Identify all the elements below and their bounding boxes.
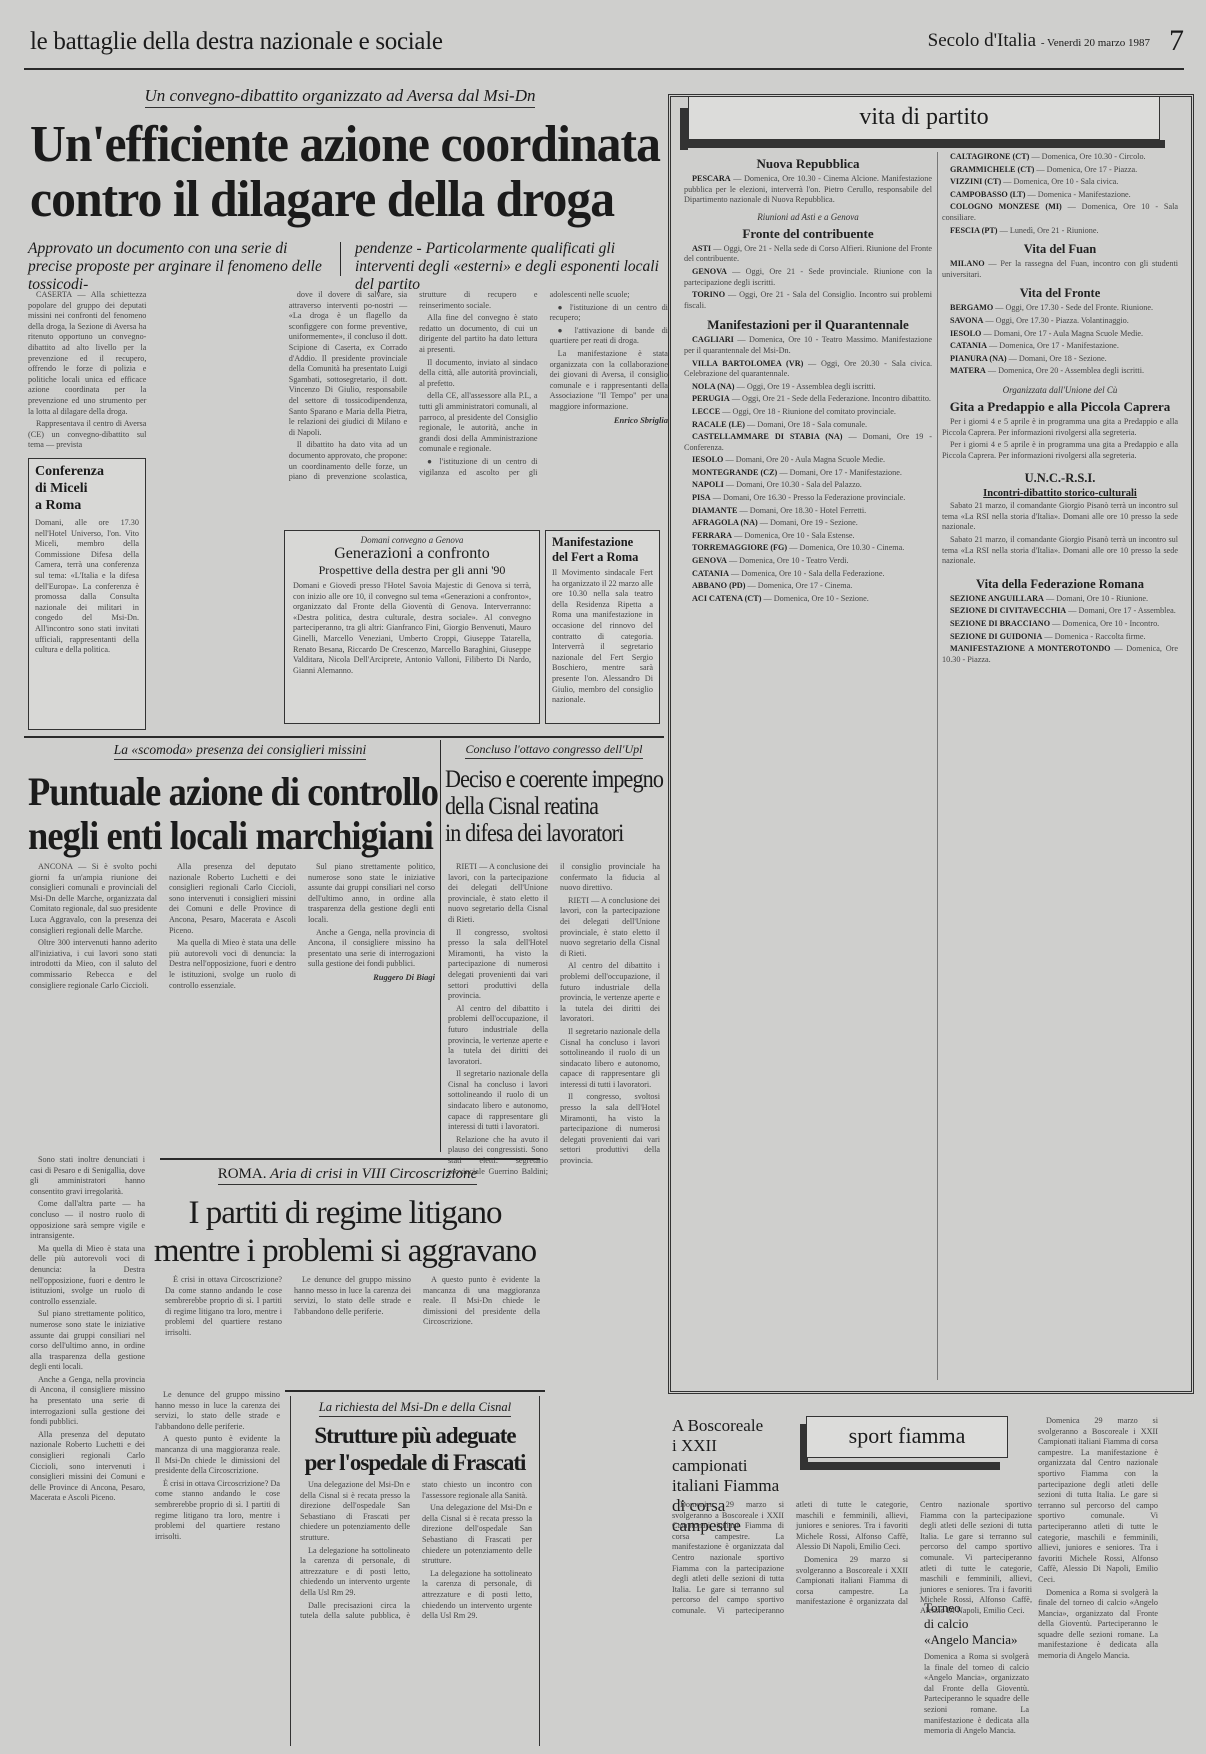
lead-headline-line2: contro il dilagare della droga xyxy=(30,173,660,228)
vita-column-2: CALTAGIRONE (CT) — Domenica, Ore 10.30 -… xyxy=(942,152,1178,1380)
cisnal-kicker: Concluso l'ottavo congresso dell'Upl xyxy=(448,742,660,757)
frascati-paragraph: La delegazione ha sottolineato la carenz… xyxy=(300,1546,410,1599)
vita-item-text: — Domenica, Ore 10 - Sala della Federazi… xyxy=(731,569,884,578)
vita-item: BERGAMO — Oggi, Ore 17.30 - Sede del Fro… xyxy=(942,303,1178,314)
vita-item: TORREMAGGIORE (FG) — Domenica, Ore 10.30… xyxy=(684,543,932,554)
vita-item-place: PISA xyxy=(692,493,711,502)
vita-item-text: — Domani, Ore 18 - Sala comunale. xyxy=(747,420,867,429)
fert-box-title: Manifestazione del Fert a Roma xyxy=(552,535,653,565)
cisnal-paragraph: RIETI — A conclusione dei lavori, con la… xyxy=(448,862,548,926)
marche-paragraph: Come dall'altra parte — ha concluso — il… xyxy=(30,1199,145,1241)
lead-paragraph: CASERTA — Alla schiettezza popolare del … xyxy=(28,290,146,417)
marche-paragraph: Oltre 300 intervenuti hanno aderito all'… xyxy=(30,938,157,991)
vita-item-place: NOLA (NA) xyxy=(692,382,735,391)
banner-shadow xyxy=(680,140,1165,148)
vita-item-text: — Domenica, Ore 17 - Piazza. xyxy=(1036,165,1137,174)
vita-item-place: NAPOLI xyxy=(692,480,724,489)
vita-item-place: CASTELLAMMARE DI STABIA (NA) xyxy=(692,432,843,441)
vita-item-text: — Domenica, Ore 20 - Assemblea degli isc… xyxy=(988,366,1144,375)
marche-byline: Ruggero Di Biagi xyxy=(308,972,435,983)
vita-item-place: MILANO xyxy=(950,259,985,268)
vita-item-place: IESOLO xyxy=(950,329,981,338)
sport-banner-shadow xyxy=(800,1462,1000,1470)
marche-paragraph: Anche a Genga, nella provincia di Ancona… xyxy=(30,1375,145,1428)
generazioni-kicker: Domani convegno a Genova xyxy=(293,535,531,545)
vita-item: ABBANO (PD) — Domenica, Ore 17 - Cinema. xyxy=(684,581,932,592)
lead-byline: Enrico Sbriglia xyxy=(550,415,668,426)
section-title: le battaglie della destra nazionale e so… xyxy=(30,28,443,56)
vita-item-place: BERGAMO xyxy=(950,303,993,312)
vita-item-place: CAMPOBASSO (LT) xyxy=(950,190,1025,199)
lead-paragraph: della CE, all'assessore alla P.I., a tut… xyxy=(419,391,537,455)
vita-item: SAVONA — Oggi, Ore 17.30 - Piazza. Volan… xyxy=(942,316,1178,327)
vita-item: MANIFESTAZIONE A MONTEROTONDO — Domenica… xyxy=(942,644,1178,665)
roma-body-continued: Le denunce del gruppo missino hanno mess… xyxy=(155,1390,280,1745)
miceli-title-line: Conferenza xyxy=(35,463,139,480)
lead-paragraph: Il documento, inviato al sindaco della c… xyxy=(419,358,537,390)
marche-paragraph: Sono stati inoltre denunciati i casi di … xyxy=(30,1155,145,1197)
lead-paragraph: La manifestazione è stata organizzata co… xyxy=(550,349,668,413)
frascati-headline: Strutture più adeguate per l'ospedale di… xyxy=(295,1422,535,1476)
vita-item-text: — Domenica, Ore 10 - Sezione. xyxy=(764,594,869,603)
fert-box: Manifestazione del Fert a Roma Il Movime… xyxy=(545,530,660,724)
vita-item: GRAMMICHELE (CT) — Domenica, Ore 17 - Pi… xyxy=(942,165,1178,176)
cisnal-paragraph: Il segretario nazionale della Cisnal ha … xyxy=(448,1069,548,1133)
roma-kicker-place: ROMA. xyxy=(218,1166,267,1182)
vita-item-text: — Oggi, Ore 17.30 - Piazza. Volantinaggi… xyxy=(985,316,1128,325)
frascati-kicker: La richiesta del Msi-Dn e della Cisnal xyxy=(295,1400,535,1415)
vita-section-title: U.N.C.-R.S.I. xyxy=(942,471,1178,486)
sport-lead-title-line: A Boscoreale xyxy=(672,1416,792,1436)
generazioni-box: Domani convegno a Genova Generazioni a c… xyxy=(284,530,540,724)
sport-fiamma-banner: sport fiamma xyxy=(806,1416,1008,1458)
vita-item: FESCIA (PT) — Lunedì, Ore 21 - Riunione. xyxy=(942,226,1178,237)
vita-item-text: — Oggi, Ore 17.30 - Sede del Fronte. Riu… xyxy=(995,303,1153,312)
sport-lead-title-line: italiani Fiamma xyxy=(672,1476,792,1496)
marche-headline-line2: negli enti locali marchigiani xyxy=(28,814,438,858)
vita-section-title: Nuova Repubblica xyxy=(684,156,932,172)
vita-item-text: — Oggi, Ore 21 - Nella sede di Corso Alf… xyxy=(684,244,932,264)
torneo-body: Domenica a Roma si svolgerà la finale de… xyxy=(924,1652,1029,1744)
torneo-title-line: di calcio xyxy=(924,1616,1034,1632)
vita-section-body: ASTI — Oggi, Ore 21 - Nella sede di Cors… xyxy=(684,244,932,314)
vita-section-subtitle: Incontri-dibattito storico-culturali xyxy=(942,488,1178,499)
marche-body-col: Sono stati inoltre denunciati i casi di … xyxy=(30,1155,145,1745)
vita-section-title: Vita del Fuan xyxy=(942,242,1178,257)
vita-item-place: PIANURA (NA) xyxy=(950,354,1007,363)
vita-item-text: — Domani, Ore 10.30 - Sala del Palazzo. xyxy=(726,480,862,489)
vita-item-place: CATANIA xyxy=(950,341,987,350)
lead-headline: Un'efficiente azione coordinata contro i… xyxy=(30,118,660,227)
vita-item-place: PERUGIA xyxy=(692,394,730,403)
vita-item: CATANIA — Domenica, Ore 10 - Sala della … xyxy=(684,569,932,580)
vita-item: MONTEGRANDE (CZ) — Domani, Ore 17 - Mani… xyxy=(684,468,932,479)
cisnal-headline: Deciso e coerente impegno della Cisnal r… xyxy=(445,766,663,847)
frascati-body: Una delegazione del Msi-Dn e della Cisna… xyxy=(300,1480,532,1742)
vita-item-place: LECCE xyxy=(692,407,720,416)
frascati-rule xyxy=(285,1390,545,1392)
generazioni-title: Generazioni a confronto xyxy=(293,545,531,563)
roma-paragraph: Le denunce del gruppo missino hanno mess… xyxy=(294,1275,411,1317)
fert-title-line: Manifestazione xyxy=(552,535,653,550)
vita-item-place: ABBANO (PD) xyxy=(692,581,745,590)
vita-item-text: — Domenica, Ore 17 - Cinema. xyxy=(748,581,853,590)
roma-headline-line1: I partiti di regime litigano xyxy=(150,1194,540,1232)
sport-continued-body: Domenica 29 marzo si svolgeranno a Bosco… xyxy=(1038,1416,1158,1746)
vita-item: DIAMANTE — Domani, Ore 18.30 - Hotel Fer… xyxy=(684,506,932,517)
roma-kicker-text: Aria di crisi in VIII Circoscrizione xyxy=(270,1166,477,1182)
vita-item: LECCE — Oggi, Ore 18 - Riunione del comi… xyxy=(684,407,932,418)
vita-item: NOLA (NA) — Oggi, Ore 19 - Assemblea deg… xyxy=(684,382,932,393)
vita-item: PIANURA (NA) — Domani, Ore 18 - Sezione. xyxy=(942,354,1178,365)
vita-item-text: Sabato 21 marzo, il comandante Giorgio P… xyxy=(942,501,1178,533)
marche-headline-line1: Puntuale azione di controllo xyxy=(28,770,438,814)
sport-lead-title-line: i XXII campionati xyxy=(672,1436,792,1476)
vita-item-place: CATANIA xyxy=(692,569,729,578)
marche-paragraph: Sul piano strettamente politico, numeros… xyxy=(30,1309,145,1373)
vita-item: NAPOLI — Domani, Ore 10.30 - Sala del Pa… xyxy=(684,480,932,491)
vita-item-place: ASTI xyxy=(692,244,711,253)
vita-section-body: CALTAGIRONE (CT) — Domenica, Ore 10.30 -… xyxy=(942,152,1178,238)
column-divider xyxy=(440,740,441,1152)
vita-item-place: CAGLIARI xyxy=(692,335,734,344)
vita-item-text: Per i giorni 4 e 5 aprile è in programma… xyxy=(942,417,1178,438)
fert-box-body: Il Movimento sindacale Fert ha organizza… xyxy=(552,568,653,716)
cisnal-headline-line3: in difesa dei lavoratori xyxy=(445,820,663,847)
marche-paragraph: ANCONA — Si è svolto pochi giorni fa un'… xyxy=(30,862,157,936)
vita-item: CAGLIARI — Domenica, Ore 10 - Teatro Mas… xyxy=(684,335,932,356)
lead-headline-line1: Un'efficiente azione coordinata xyxy=(30,118,660,173)
vita-item: ACI CATENA (CT) — Domenica, Ore 10 - Sez… xyxy=(684,594,932,605)
roma-rule xyxy=(160,1158,540,1160)
vita-item: CATANIA — Domenica, Ore 17 - Manifestazi… xyxy=(942,341,1178,352)
vita-item-text: Per i giorni 4 e 5 aprile è in programma… xyxy=(942,440,1178,461)
vita-item-place: IESOLO xyxy=(692,455,723,464)
lead-paragraph: ● l'attivazione di bande di quartiere pe… xyxy=(550,326,668,347)
frascati-headline-line1: Strutture più adeguate xyxy=(295,1422,535,1449)
lead-kicker-text: Un convegno-dibattito organizzato ad Ave… xyxy=(145,86,536,108)
roma-paragraph: Le denunce del gruppo missino hanno mess… xyxy=(155,1390,280,1432)
vita-item-place: COLOGNO MONZESE (MI) xyxy=(950,202,1062,211)
cisnal-paragraph: Il segretario nazionale della Cisnal ha … xyxy=(560,1027,660,1091)
vita-item: SEZIONE ANGUILLARA — Domani, Ore 10 - Ri… xyxy=(942,594,1178,605)
vita-item-text: — Domani, Ore 18.30 - Hotel Ferretti. xyxy=(740,506,867,515)
vita-item-place: GENOVA xyxy=(692,556,727,565)
vita-item-place: RACALE (LE) xyxy=(692,420,745,429)
lead-paragraph: dove il dovere di salvare, sia attravers… xyxy=(289,290,407,438)
marche-paragraph: Ma quella di Mieo è stata una delle più … xyxy=(30,1244,145,1308)
vita-item-place: MONTEGRANDE (CZ) xyxy=(692,468,777,477)
vita-item: CALTAGIRONE (CT) — Domenica, Ore 10.30 -… xyxy=(942,152,1178,163)
vita-item: SEZIONE DI BRACCIANO — Domenica, Ore 10 … xyxy=(942,619,1178,630)
page-number: 7 xyxy=(1169,24,1184,58)
vita-section-body: CAGLIARI — Domenica, Ore 10 - Teatro Mas… xyxy=(684,335,932,606)
vita-item-text: — Domani, Ore 16.30 - Presso la Federazi… xyxy=(713,493,906,502)
vita-item: COLOGNO MONZESE (MI) — Domenica, Ore 10 … xyxy=(942,202,1178,223)
vita-item-text: — Domenica, Ore 10 - Incontro. xyxy=(1052,619,1159,628)
vita-item-text: — Oggi, Ore 18 - Riunione del comitato p… xyxy=(722,407,896,416)
vita-item-place: FERRARA xyxy=(692,531,732,540)
generazioni-body: Domani e Giovedì presso l'Hotel Savoia M… xyxy=(293,581,531,709)
miceli-box: Conferenza di Miceli a Roma Domani, alle… xyxy=(28,458,146,730)
frascati-paragraph: Una delegazione del Msi-Dn e della Cisna… xyxy=(300,1480,410,1544)
roma-headline: I partiti di regime litigano mentre i pr… xyxy=(150,1194,540,1270)
vita-item-place: TORINO xyxy=(692,290,725,299)
vita-item-text: — Domani, Ore 10 - Riunione. xyxy=(1046,594,1148,603)
roma-body: È crisi in ottava Circoscrizione? Da com… xyxy=(165,1275,540,1387)
vita-item-place: GENOVA xyxy=(692,267,727,276)
vita-item-text: — Domani, Ore 20 - Aula Magna Scuole Med… xyxy=(725,455,885,464)
issue-date: Venerdì 20 marzo 1987 xyxy=(1047,37,1150,49)
lead-paragraph: ● l'istituzione di un centro di recupero… xyxy=(550,303,668,324)
marche-body-top: ANCONA — Si è svolto pochi giorni fa un'… xyxy=(30,862,435,1152)
cisnal-paragraph: Al centro del dibattito i problemi dell'… xyxy=(560,961,660,1025)
vita-item-text: — Domenica, Ore 10.30 - Circolo. xyxy=(1031,152,1145,161)
vita-item: AFRAGOLA (NA) — Domani, Ore 19 - Sezione… xyxy=(684,518,932,529)
vita-section-title: Vita della Federazione Romana xyxy=(942,577,1178,592)
marche-paragraph: Alla presenza del deputato nazionale Rob… xyxy=(169,862,296,936)
miceli-title-line: di Miceli xyxy=(35,480,139,497)
vita-item-text: — Domani, Ore 18 - Sezione. xyxy=(1009,354,1107,363)
roma-paragraph: È crisi in ottava Circoscrizione? Da com… xyxy=(155,1479,280,1543)
lead-deck-left: Approvato un documento con una serie di … xyxy=(28,240,328,293)
cisnal-headline-line1: Deciso e coerente impegno xyxy=(445,766,663,793)
vita-item: IESOLO — Domani, Ore 20 - Aula Magna Scu… xyxy=(684,455,932,466)
miceli-box-body: Domani, alle ore 17.30 nell'Hotel Univer… xyxy=(35,518,139,718)
lead-paragraph: Rappresentava il centro di Aversa (CE) u… xyxy=(28,419,146,451)
vita-item: VILLA BARTOLOMEA (VR) — Oggi, Ore 20.30 … xyxy=(684,359,932,380)
torneo-title-line: «Angelo Mancia» xyxy=(924,1632,1034,1648)
vita-item-place: CALTAGIRONE (CT) xyxy=(950,152,1029,161)
vita-item: IESOLO — Domani, Ore 17 - Aula Magna Scu… xyxy=(942,329,1178,340)
vita-item-text: — Domenica - Manifestazione. xyxy=(1028,190,1131,199)
lead-kicker: Un convegno-dibattito organizzato ad Ave… xyxy=(120,86,560,106)
vita-item-place: GRAMMICHELE (CT) xyxy=(950,165,1034,174)
frascati-headline-line2: per l'ospedale di Frascati xyxy=(295,1449,535,1476)
frascati-kicker-text: La richiesta del Msi-Dn e della Cisnal xyxy=(319,1400,511,1417)
vita-item-place: VIZZINI (CT) xyxy=(950,177,1001,186)
vita-item-place: VILLA BARTOLOMEA (VR) xyxy=(692,359,803,368)
vita-section-kicker: Organizzata dall'Unione del Cù xyxy=(942,385,1178,395)
lead-paragraph: Alla fine del convegno è stato redatto u… xyxy=(419,313,537,355)
vita-item-place: SEZIONE DI CIVITAVECCHIA xyxy=(950,606,1066,615)
vita-item-text: — Domani, Ore 19 - Sezione. xyxy=(760,518,858,527)
vita-item-place: AFRAGOLA (NA) xyxy=(692,518,758,527)
vita-section-title: Manifestazioni per il Quarantennale xyxy=(684,317,932,333)
frascati-paragraph: Una delegazione del Msi-Dn e della Cisna… xyxy=(422,1503,532,1567)
marche-paragraph: Alla presenza del deputato nazionale Rob… xyxy=(30,1430,145,1504)
vita-item: SEZIONE DI GUIDONIA — Domenica - Raccolt… xyxy=(942,632,1178,643)
vita-item-text: — Domenica, Ore 10.30 - Cinema. xyxy=(789,543,904,552)
vita-item-text: — Domenica - Raccolta firme. xyxy=(1044,632,1145,641)
vita-item: SEZIONE DI CIVITAVECCHIA — Domani, Ore 1… xyxy=(942,606,1178,617)
miceli-box-spacer xyxy=(158,290,276,485)
torneo-title-line: Torneo xyxy=(924,1600,1034,1616)
deck-divider xyxy=(340,242,341,276)
frascati-paragraph: La delegazione ha sottolineato la carenz… xyxy=(422,1569,532,1622)
vita-item: CASTELLAMMARE DI STABIA (NA) — Domani, O… xyxy=(684,432,932,453)
roma-paragraph: A questo punto è evidente la mancanza di… xyxy=(155,1434,280,1476)
roma-headline-line2: mentre i problemi si aggravano xyxy=(150,1232,540,1270)
sport-lead-paragraph: Domenica 29 marzo si svolgeranno a Bosco… xyxy=(1038,1416,1158,1586)
vita-item-place: PESCARA xyxy=(692,174,731,183)
vita-di-partito-banner: vita di partito xyxy=(688,96,1160,140)
vita-item: GENOVA — Domenica, Ore 10 - Teatro Verdi… xyxy=(684,556,932,567)
vita-section-title: Fronte del contribuente xyxy=(684,226,932,242)
vita-item-text: Sabato 21 marzo, il comandante Giorgio P… xyxy=(942,535,1178,567)
vita-section-body: BERGAMO — Oggi, Ore 17.30 - Sede del Fro… xyxy=(942,303,1178,379)
marche-kicker: La «scomoda» presenza dei consiglieri mi… xyxy=(40,742,440,758)
vita-section-title: Gita a Predappio e alla Piccola Caprera xyxy=(942,399,1178,415)
vita-item-place: SEZIONE DI GUIDONIA xyxy=(950,632,1042,641)
vita-item: PISA — Domani, Ore 16.30 - Presso la Fed… xyxy=(684,493,932,504)
vita-item-place: TORREMAGGIORE (FG) xyxy=(692,543,787,552)
vita-item: CAMPOBASSO (LT) — Domenica - Manifestazi… xyxy=(942,190,1178,201)
vita-item: MATERA — Domenica, Ore 20 - Assemblea de… xyxy=(942,366,1178,377)
lead-deck-right: pendenze - Particolarmente qualificati g… xyxy=(355,240,660,293)
paper-name: Secolo d'Italia xyxy=(928,30,1036,51)
vita-column-1: Nuova Repubblica PESCARA — Domenica, Ore… xyxy=(684,152,932,1380)
vita-item: FERRARA — Domenica, Ore 10 - Sala Estens… xyxy=(684,531,932,542)
cisnal-paragraph: Il congresso, svoltosi presso la sala de… xyxy=(560,1092,660,1166)
paper-dateline: Secolo d'Italia - Venerdì 20 marzo 1987 xyxy=(928,30,1150,52)
vita-item: PERUGIA — Oggi, Ore 21 - Sede della Fede… xyxy=(684,394,932,405)
vita-item-text: — Domenica, Ore 10 - Teatro Verdi. xyxy=(729,556,849,565)
marche-kicker-text: La «scomoda» presenza dei consiglieri mi… xyxy=(114,742,367,760)
vita-section-title: Vita del Fronte xyxy=(942,286,1178,301)
vita-item-text: — Domenica, Ore 10 - Sala civica. xyxy=(1003,177,1118,186)
torneo-title: Torneo di calcio «Angelo Mancia» xyxy=(924,1600,1034,1648)
vita-column-divider xyxy=(937,152,938,1380)
miceli-title-line: a Roma xyxy=(35,497,139,514)
cisnal-paragraph: Il congresso, svoltosi presso la sala de… xyxy=(448,928,548,1002)
vita-item-place: SAVONA xyxy=(950,316,983,325)
vita-item: VIZZINI (CT) — Domenica, Ore 10 - Sala c… xyxy=(942,177,1178,188)
marche-paragraph: Anche a Genga, nella provincia di Ancona… xyxy=(308,928,435,970)
roma-kicker: ROMA. Aria di crisi in VIII Circoscrizio… xyxy=(160,1166,535,1183)
vita-item-place: SEZIONE DI BRACCIANO xyxy=(950,619,1050,628)
vita-item-place: DIAMANTE xyxy=(692,506,738,515)
vita-item-text: — Domani, Ore 17 - Assemblea. xyxy=(1068,606,1176,615)
marche-paragraph: Ma quella di Mieo è stata una delle più … xyxy=(169,938,296,991)
generazioni-subtitle: Prospettive della destra per gli anni '9… xyxy=(293,563,531,578)
vita-item-place: MATERA xyxy=(950,366,986,375)
cisnal-headline-line2: della Cisnal reatina xyxy=(445,793,663,820)
vita-item-text: — Domenica, Ore 17 - Manifestazione. xyxy=(989,341,1119,350)
vita-item-place: SEZIONE ANGUILLARA xyxy=(950,594,1044,603)
vita-item-text: — Lunedì, Ore 21 - Riunione. xyxy=(1000,226,1099,235)
cisnal-paragraph: Al centro del dibattito i problemi dell'… xyxy=(448,1004,548,1068)
vita-section-body: SEZIONE ANGUILLARA — Domani, Ore 10 - Ri… xyxy=(942,594,1178,668)
roma-paragraph: È crisi in ottava Circoscrizione? Da com… xyxy=(165,1275,282,1339)
torneo-paragraph: Domenica a Roma si svolgerà la finale de… xyxy=(1038,1588,1158,1662)
vita-item-place: MANIFESTAZIONE A MONTEROTONDO xyxy=(950,644,1111,653)
vita-item-text: — Oggi, Ore 19 - Assemblea degli iscritt… xyxy=(737,382,876,391)
section-rule xyxy=(24,736,664,738)
vita-item: RACALE (LE) — Domani, Ore 18 - Sala comu… xyxy=(684,420,932,431)
masthead-rule xyxy=(24,68,1184,70)
cisnal-paragraph: RIETI — A conclusione dei lavori, con la… xyxy=(560,896,660,960)
vita-item-place: FESCIA (PT) xyxy=(950,226,998,235)
vita-section-kicker: Riunioni ad Asti e a Genova xyxy=(684,212,932,222)
vita-item-text: — Oggi, Ore 21 - Sede della Federazione.… xyxy=(732,394,931,403)
cisnal-kicker-text: Concluso l'ottavo congresso dell'Upl xyxy=(465,742,642,759)
vita-item-text: — Domenica, Ore 10 - Sala Estense. xyxy=(734,531,855,540)
marche-paragraph: Sul piano strettamente politico, numeros… xyxy=(308,862,435,926)
fert-title-line: del Fert a Roma xyxy=(552,550,653,565)
vita-item-text: — Domani, Ore 17 - Aula Magna Scuole Med… xyxy=(983,329,1143,338)
roma-paragraph: A questo punto è evidente la mancanza di… xyxy=(423,1275,540,1328)
marche-headline: Puntuale azione di controllo negli enti … xyxy=(28,770,438,858)
miceli-box-title: Conferenza di Miceli a Roma xyxy=(35,463,139,514)
vita-item-text: — Domani, Ore 17 - Manifestazione. xyxy=(779,468,902,477)
vita-item-place: ACI CATENA (CT) xyxy=(692,594,761,603)
